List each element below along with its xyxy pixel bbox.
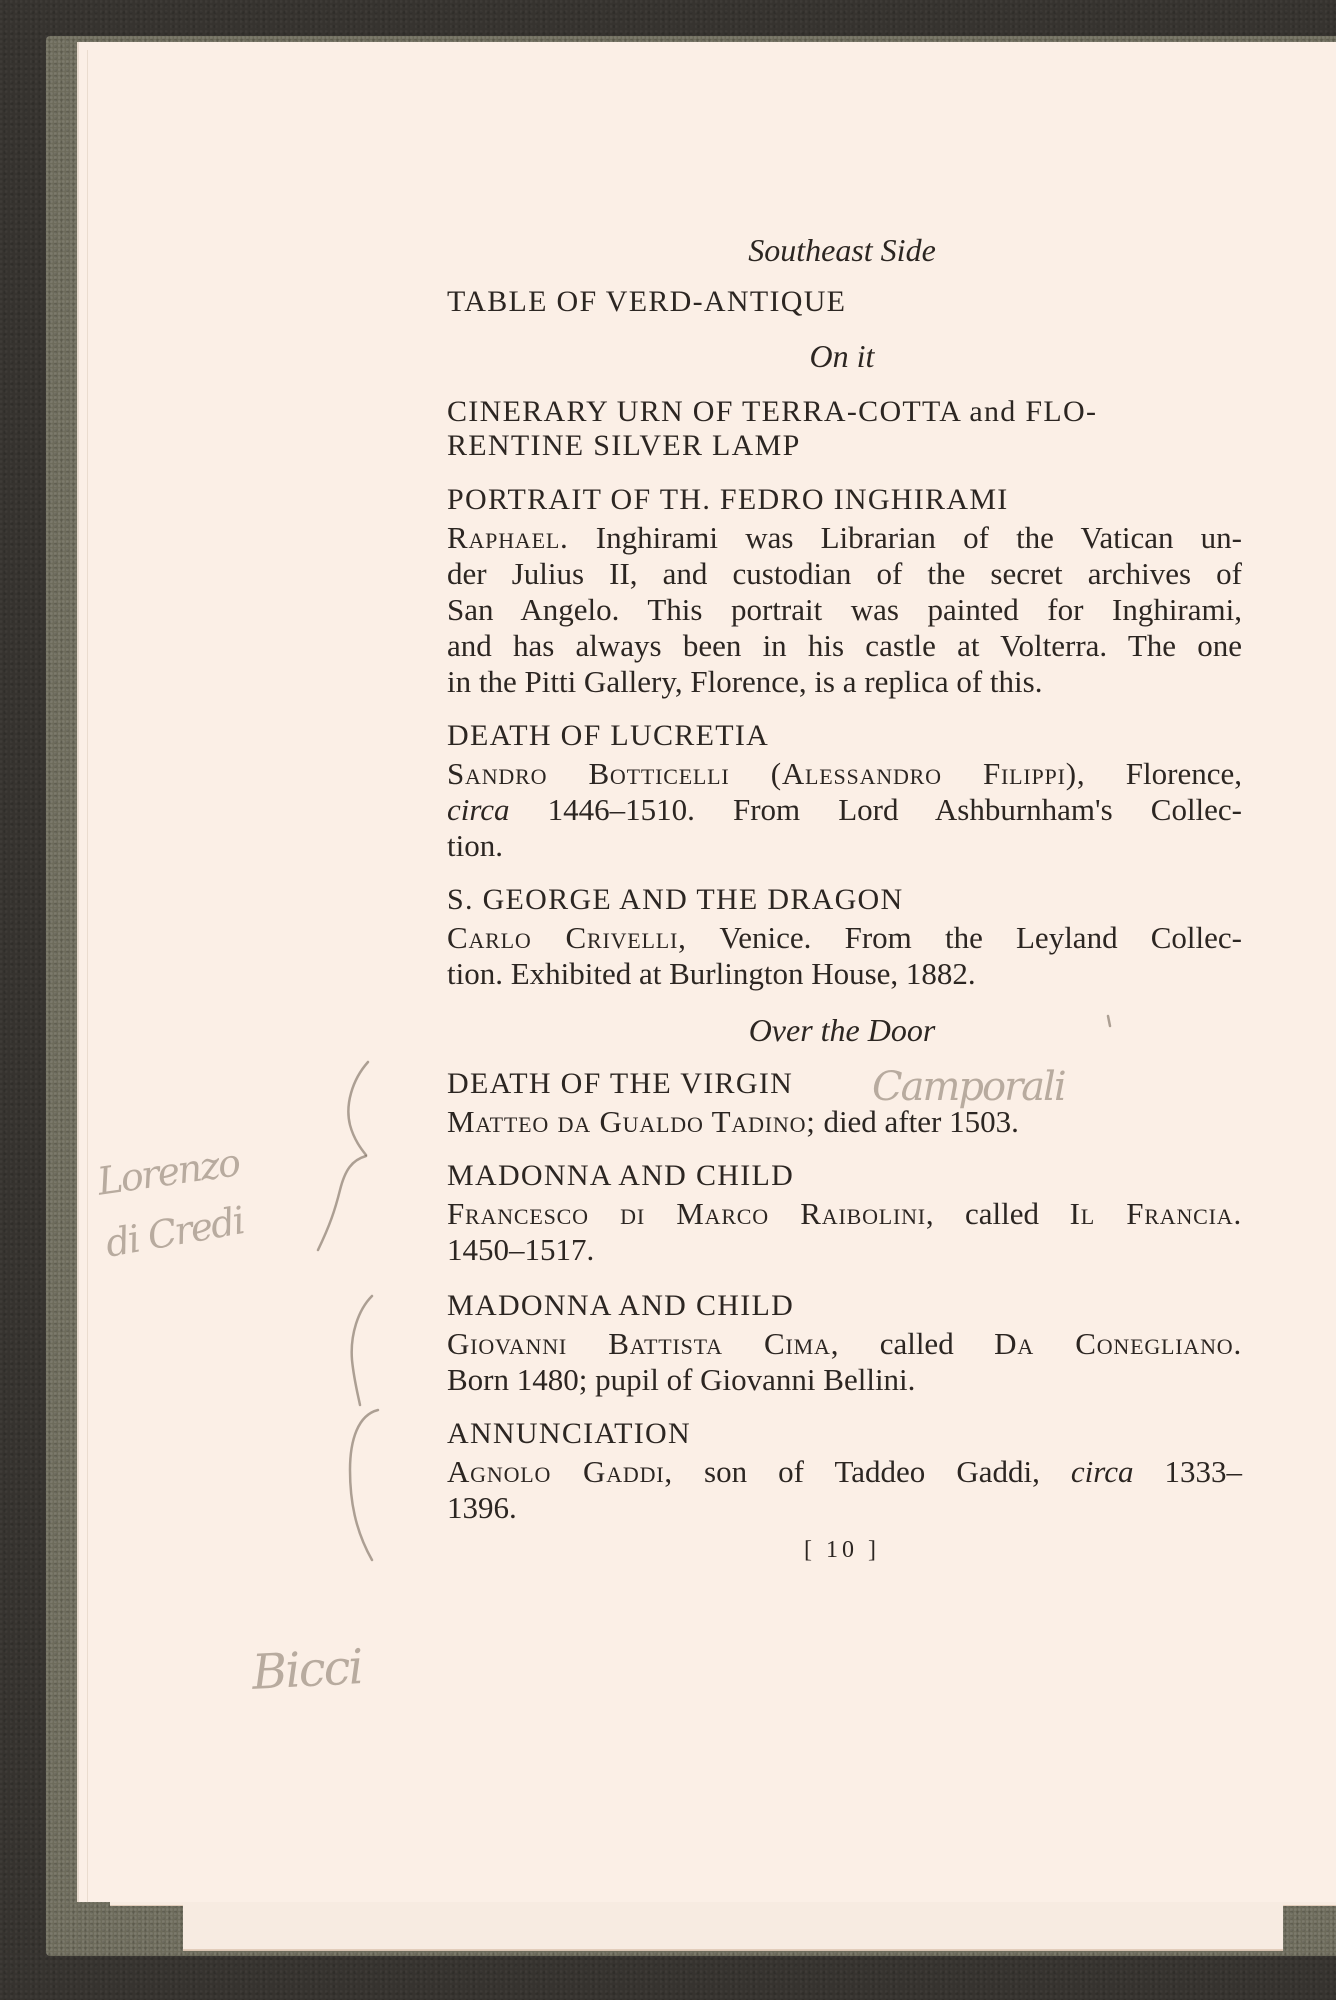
artist-name: Sandro Botticelli (Alessandro Filippi), bbox=[447, 756, 1085, 791]
description-line: San Angelo. This portrait was painted fo… bbox=[447, 592, 1242, 628]
book-page: Southeast Side TABLE OF VERD-ANTIQUE On … bbox=[77, 42, 1336, 1902]
description-line: tion. bbox=[447, 828, 503, 864]
description-line: circa 1446–1510. From Lord Ashburnham's … bbox=[447, 792, 1242, 828]
artist-name: Matteo da Gualdo Tadino; bbox=[447, 1104, 816, 1139]
entry-title: TABLE OF VERD-ANTIQUE bbox=[447, 284, 846, 320]
description-text: son of Taddeo Gaddi, bbox=[704, 1454, 1040, 1489]
entry-description: Carlo Crivelli, Venice. From the Leyland… bbox=[447, 920, 1242, 956]
artist-name: Agnolo Gaddi, bbox=[447, 1454, 673, 1489]
entry-title: DEATH OF THE VIRGIN bbox=[447, 1066, 793, 1102]
artist-alias: Il Francia. bbox=[1070, 1196, 1242, 1231]
artist-name: Francesco di Marco Raibolini, bbox=[447, 1196, 934, 1231]
entry-title: S. GEORGE AND THE DRAGON bbox=[447, 882, 904, 918]
description-text: 1446–1510. From Lord Ashburnham's Collec… bbox=[548, 792, 1242, 827]
section-title: Southeast Side bbox=[447, 232, 1237, 268]
description-text: 1333– bbox=[1165, 1454, 1243, 1489]
entry-description: Sandro Botticelli (Alessandro Filippi), … bbox=[447, 756, 1242, 792]
pencil-annotation-bottom: Bicci bbox=[251, 1639, 364, 1701]
pencil-annotation-lorenzo: Lorenzo bbox=[95, 1140, 242, 1203]
pencil-annotation-di-credi: di Credi bbox=[102, 1198, 246, 1265]
circa-italic: circa bbox=[447, 792, 510, 827]
entry-title: RENTINE SILVER LAMP bbox=[447, 428, 801, 464]
artist-name: Raphael. bbox=[447, 520, 569, 555]
description-line: in the Pitti Gallery, Florence, is a rep… bbox=[447, 664, 1042, 700]
description-line: and has always been in his castle at Vol… bbox=[447, 628, 1242, 664]
description-text: Inghirami was Librarian of the Vatican u… bbox=[596, 520, 1242, 555]
description-line: tion. Exhibited at Burlington House, 188… bbox=[447, 956, 976, 992]
entry-description: Giovanni Battista Cima, called Da Conegl… bbox=[447, 1326, 1242, 1362]
description-line: der Julius II, and custodian of the secr… bbox=[447, 556, 1242, 592]
page-number: [ 10 ] bbox=[447, 1532, 1237, 1568]
description-text: Venice. From the Leyland Collec- bbox=[719, 920, 1242, 955]
entry-title: CINERARY URN OF TERRA-COTTA and FLO- bbox=[447, 394, 1097, 430]
description-text: called bbox=[965, 1196, 1039, 1231]
entry-title: PORTRAIT OF TH. FEDRO INGHIRAMI bbox=[447, 482, 1009, 518]
entry-description: Agnolo Gaddi, son of Taddeo Gaddi, circa… bbox=[447, 1454, 1242, 1490]
entry-title: MADONNA AND CHILD bbox=[447, 1158, 794, 1194]
circa-italic: circa bbox=[1071, 1454, 1134, 1489]
entry-description: Raphael. Inghirami was Librarian of the … bbox=[447, 520, 1242, 556]
description-line: Born 1480; pupil of Giovanni Bellini. bbox=[447, 1362, 915, 1398]
artist-name: Carlo Crivelli, bbox=[447, 920, 687, 955]
subhead: On it bbox=[447, 338, 1237, 374]
artist-alias: Da Conegliano. bbox=[994, 1326, 1242, 1361]
entry-title: ANNUNCIATION bbox=[447, 1416, 691, 1452]
artist-name: Giovanni Battista Cima, bbox=[447, 1326, 839, 1361]
subhead: Over the Door bbox=[447, 1012, 1237, 1048]
description-line: 1450–1517. bbox=[447, 1232, 594, 1268]
entry-description: Francesco di Marco Raibolini, called Il … bbox=[447, 1196, 1242, 1232]
under-page-edge bbox=[183, 1905, 1283, 1950]
description-line: 1396. bbox=[447, 1490, 517, 1526]
description-text: called bbox=[880, 1326, 954, 1361]
entry-title-line: CINERARY URN OF TERRA-COTTA and FLO- bbox=[447, 395, 1097, 428]
entry-title: DEATH OF LUCRETIA bbox=[447, 718, 769, 754]
pencil-annotation-camporali: Camporali bbox=[872, 1064, 1065, 1110]
entry-title: MADONNA AND CHILD bbox=[447, 1288, 794, 1324]
description-text: Florence, bbox=[1126, 756, 1242, 791]
